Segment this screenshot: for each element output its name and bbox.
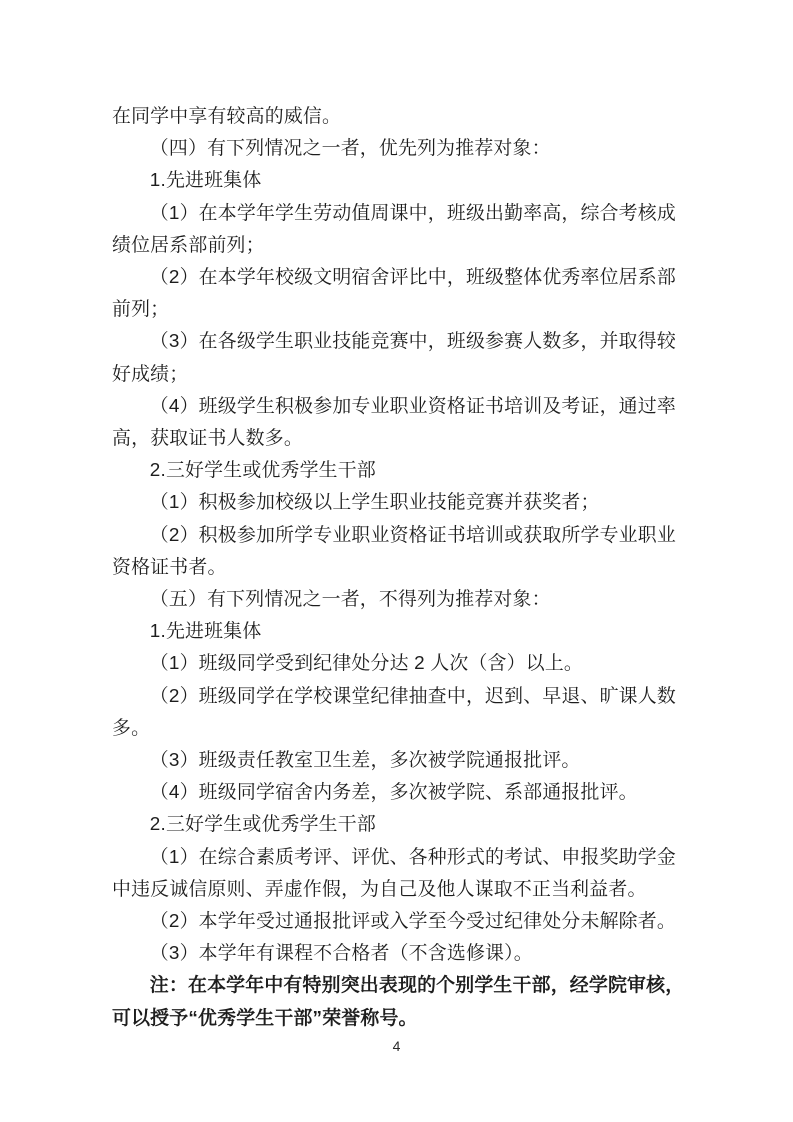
page-number: 4	[0, 1036, 793, 1056]
text-line: （五）有下列情况之一者，不得列为推荐对象：	[112, 584, 684, 616]
text-line: 中违反诚信原则、弄虚作假，为自己及他人谋取不正当利益者。	[112, 874, 684, 906]
text-line: （3）在各级学生职业技能竞赛中，班级参赛人数多，并取得较	[112, 326, 684, 358]
text-line: 1.先进班集体	[112, 616, 684, 648]
text-line: 前列；	[112, 294, 684, 326]
document-body: 在同学中享有较高的威信。（四）有下列情况之一者，优先列为推荐对象：1.先进班集体…	[112, 101, 684, 1035]
text-line: 绩位居系部前列；	[112, 230, 684, 262]
text-line: 可以授予“优秀学生干部”荣誉称号。	[112, 1003, 684, 1035]
text-line: （3）班级责任教室卫生差，多次被学院通报批评。	[112, 745, 684, 777]
text-line: （1）积极参加校级以上学生职业技能竞赛并获奖者；	[112, 487, 684, 519]
text-line: （四）有下列情况之一者，优先列为推荐对象：	[112, 133, 684, 165]
text-line: （1）在本学年学生劳动值周课中，班级出勤率高，综合考核成	[112, 198, 684, 230]
text-line: 在同学中享有较高的威信。	[112, 101, 684, 133]
text-line: （4）班级同学宿舍内务差，多次被学院、系部通报批评。	[112, 777, 684, 809]
text-line: 注：在本学年中有特别突出表现的个别学生干部，经学院审核，	[112, 970, 684, 1002]
text-line: 1.先进班集体	[112, 165, 684, 197]
text-line: 多。	[112, 713, 684, 745]
text-line: 好成绩；	[112, 359, 684, 391]
document-page: 在同学中享有较高的威信。（四）有下列情况之一者，优先列为推荐对象：1.先进班集体…	[0, 0, 793, 1122]
text-line: 资格证书者。	[112, 552, 684, 584]
text-line: （1）在综合素质考评、评优、各种形式的考试、申报奖助学金	[112, 842, 684, 874]
text-line: 高，获取证书人数多。	[112, 423, 684, 455]
text-line: （1）班级同学受到纪律处分达 2 人次（含）以上。	[112, 648, 684, 680]
text-line: （2）积极参加所学专业职业资格证书培训或获取所学专业职业	[112, 520, 684, 552]
text-line: （2）班级同学在学校课堂纪律抽查中，迟到、早退、旷课人数	[112, 681, 684, 713]
text-line: 2.三好学生或优秀学生干部	[112, 455, 684, 487]
text-line: （2）在本学年校级文明宿舍评比中，班级整体优秀率位居系部	[112, 262, 684, 294]
text-line: （2）本学年受过通报批评或入学至今受过纪律处分未解除者。	[112, 906, 684, 938]
text-line: 2.三好学生或优秀学生干部	[112, 809, 684, 841]
text-line: （4）班级学生积极参加专业职业资格证书培训及考证，通过率	[112, 391, 684, 423]
text-line: （3）本学年有课程不合格者（不含选修课）。	[112, 938, 684, 970]
